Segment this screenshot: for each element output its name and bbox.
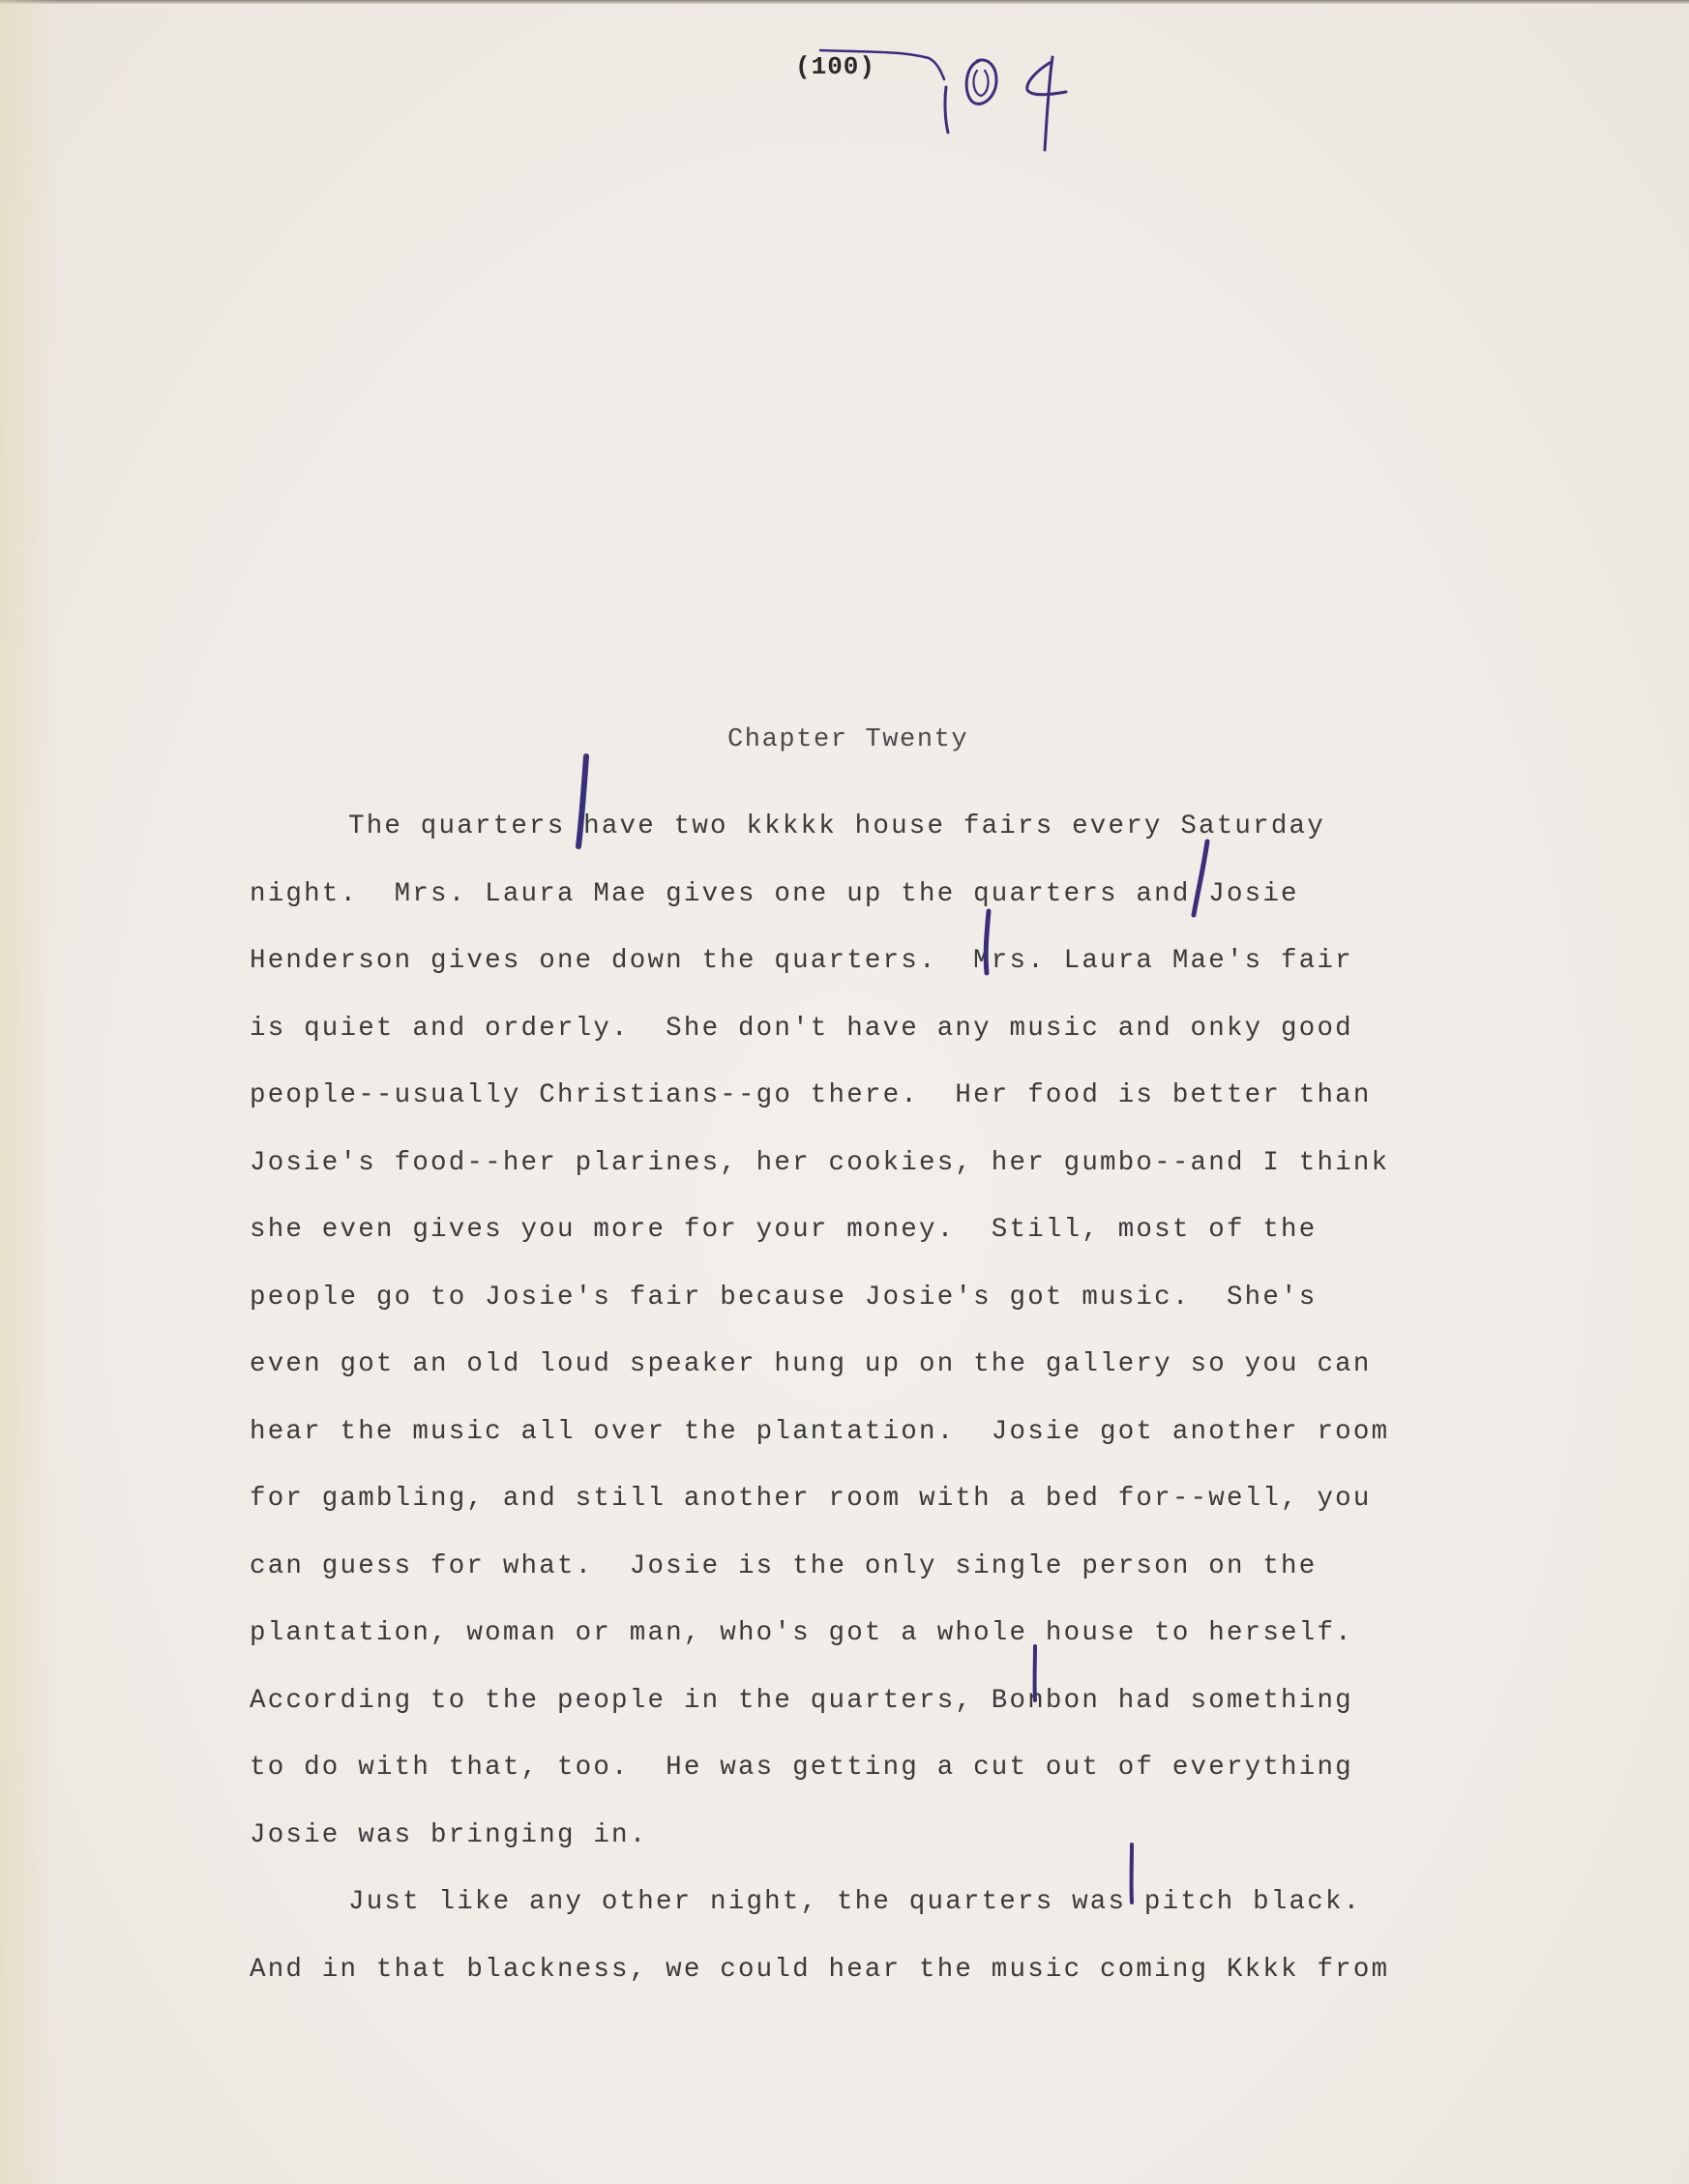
- text-line: Josie's food--her plarines, her cookies,…: [250, 1130, 1546, 1197]
- text-line: even got an old loud speaker hung up on …: [250, 1331, 1546, 1399]
- text-line: to do with that, too. He was getting a c…: [250, 1734, 1546, 1802]
- text-line: night. Mrs. Laura Mae gives one up the q…: [250, 861, 1546, 929]
- text-line: The quarters have two kkkkk house fairs …: [250, 793, 1546, 861]
- pen-strike-mark-icon: [1188, 840, 1217, 917]
- text-line: And in that blackness, we could hear the…: [250, 1936, 1546, 2004]
- text-line: plantation, woman or man, who's got a wh…: [250, 1600, 1546, 1668]
- pen-strike-mark-icon: [975, 909, 1000, 977]
- pen-strike-mark-icon: [1122, 1843, 1141, 1905]
- chapter-title: Chapter Twenty: [727, 725, 968, 754]
- body-text: The quarters have two kkkkk house fairs …: [250, 793, 1546, 2003]
- text-line: Henderson gives one down the quarters. M…: [250, 928, 1546, 995]
- text-line: Josie was bringing in.: [250, 1802, 1546, 1870]
- pen-strike-mark-icon: [1025, 1644, 1045, 1702]
- text-line: she even gives you more for your money. …: [250, 1196, 1546, 1264]
- handwritten-page-number: [929, 44, 1093, 160]
- document-page: (100) 104 Chapter Twenty The quarters ha…: [0, 0, 1689, 2184]
- text-line: can guess for what. Josie is the only si…: [250, 1533, 1546, 1601]
- text-line: Just like any other night, the quarters …: [250, 1869, 1546, 1936]
- text-line: hear the music all over the plantation. …: [250, 1399, 1546, 1466]
- text-line: people go to Josie's fair because Josie'…: [250, 1264, 1546, 1332]
- page-top-edge: [0, 0, 1689, 4]
- text-line: people--usually Christians--go there. He…: [250, 1062, 1546, 1130]
- text-line: is quiet and orderly. She don't have any…: [250, 995, 1546, 1063]
- text-line: for gambling, and still another room wit…: [250, 1465, 1546, 1533]
- page-left-yellowing: [0, 0, 58, 2184]
- text-line: According to the people in the quarters,…: [250, 1668, 1546, 1735]
- pen-strike-mark-icon: [571, 754, 600, 851]
